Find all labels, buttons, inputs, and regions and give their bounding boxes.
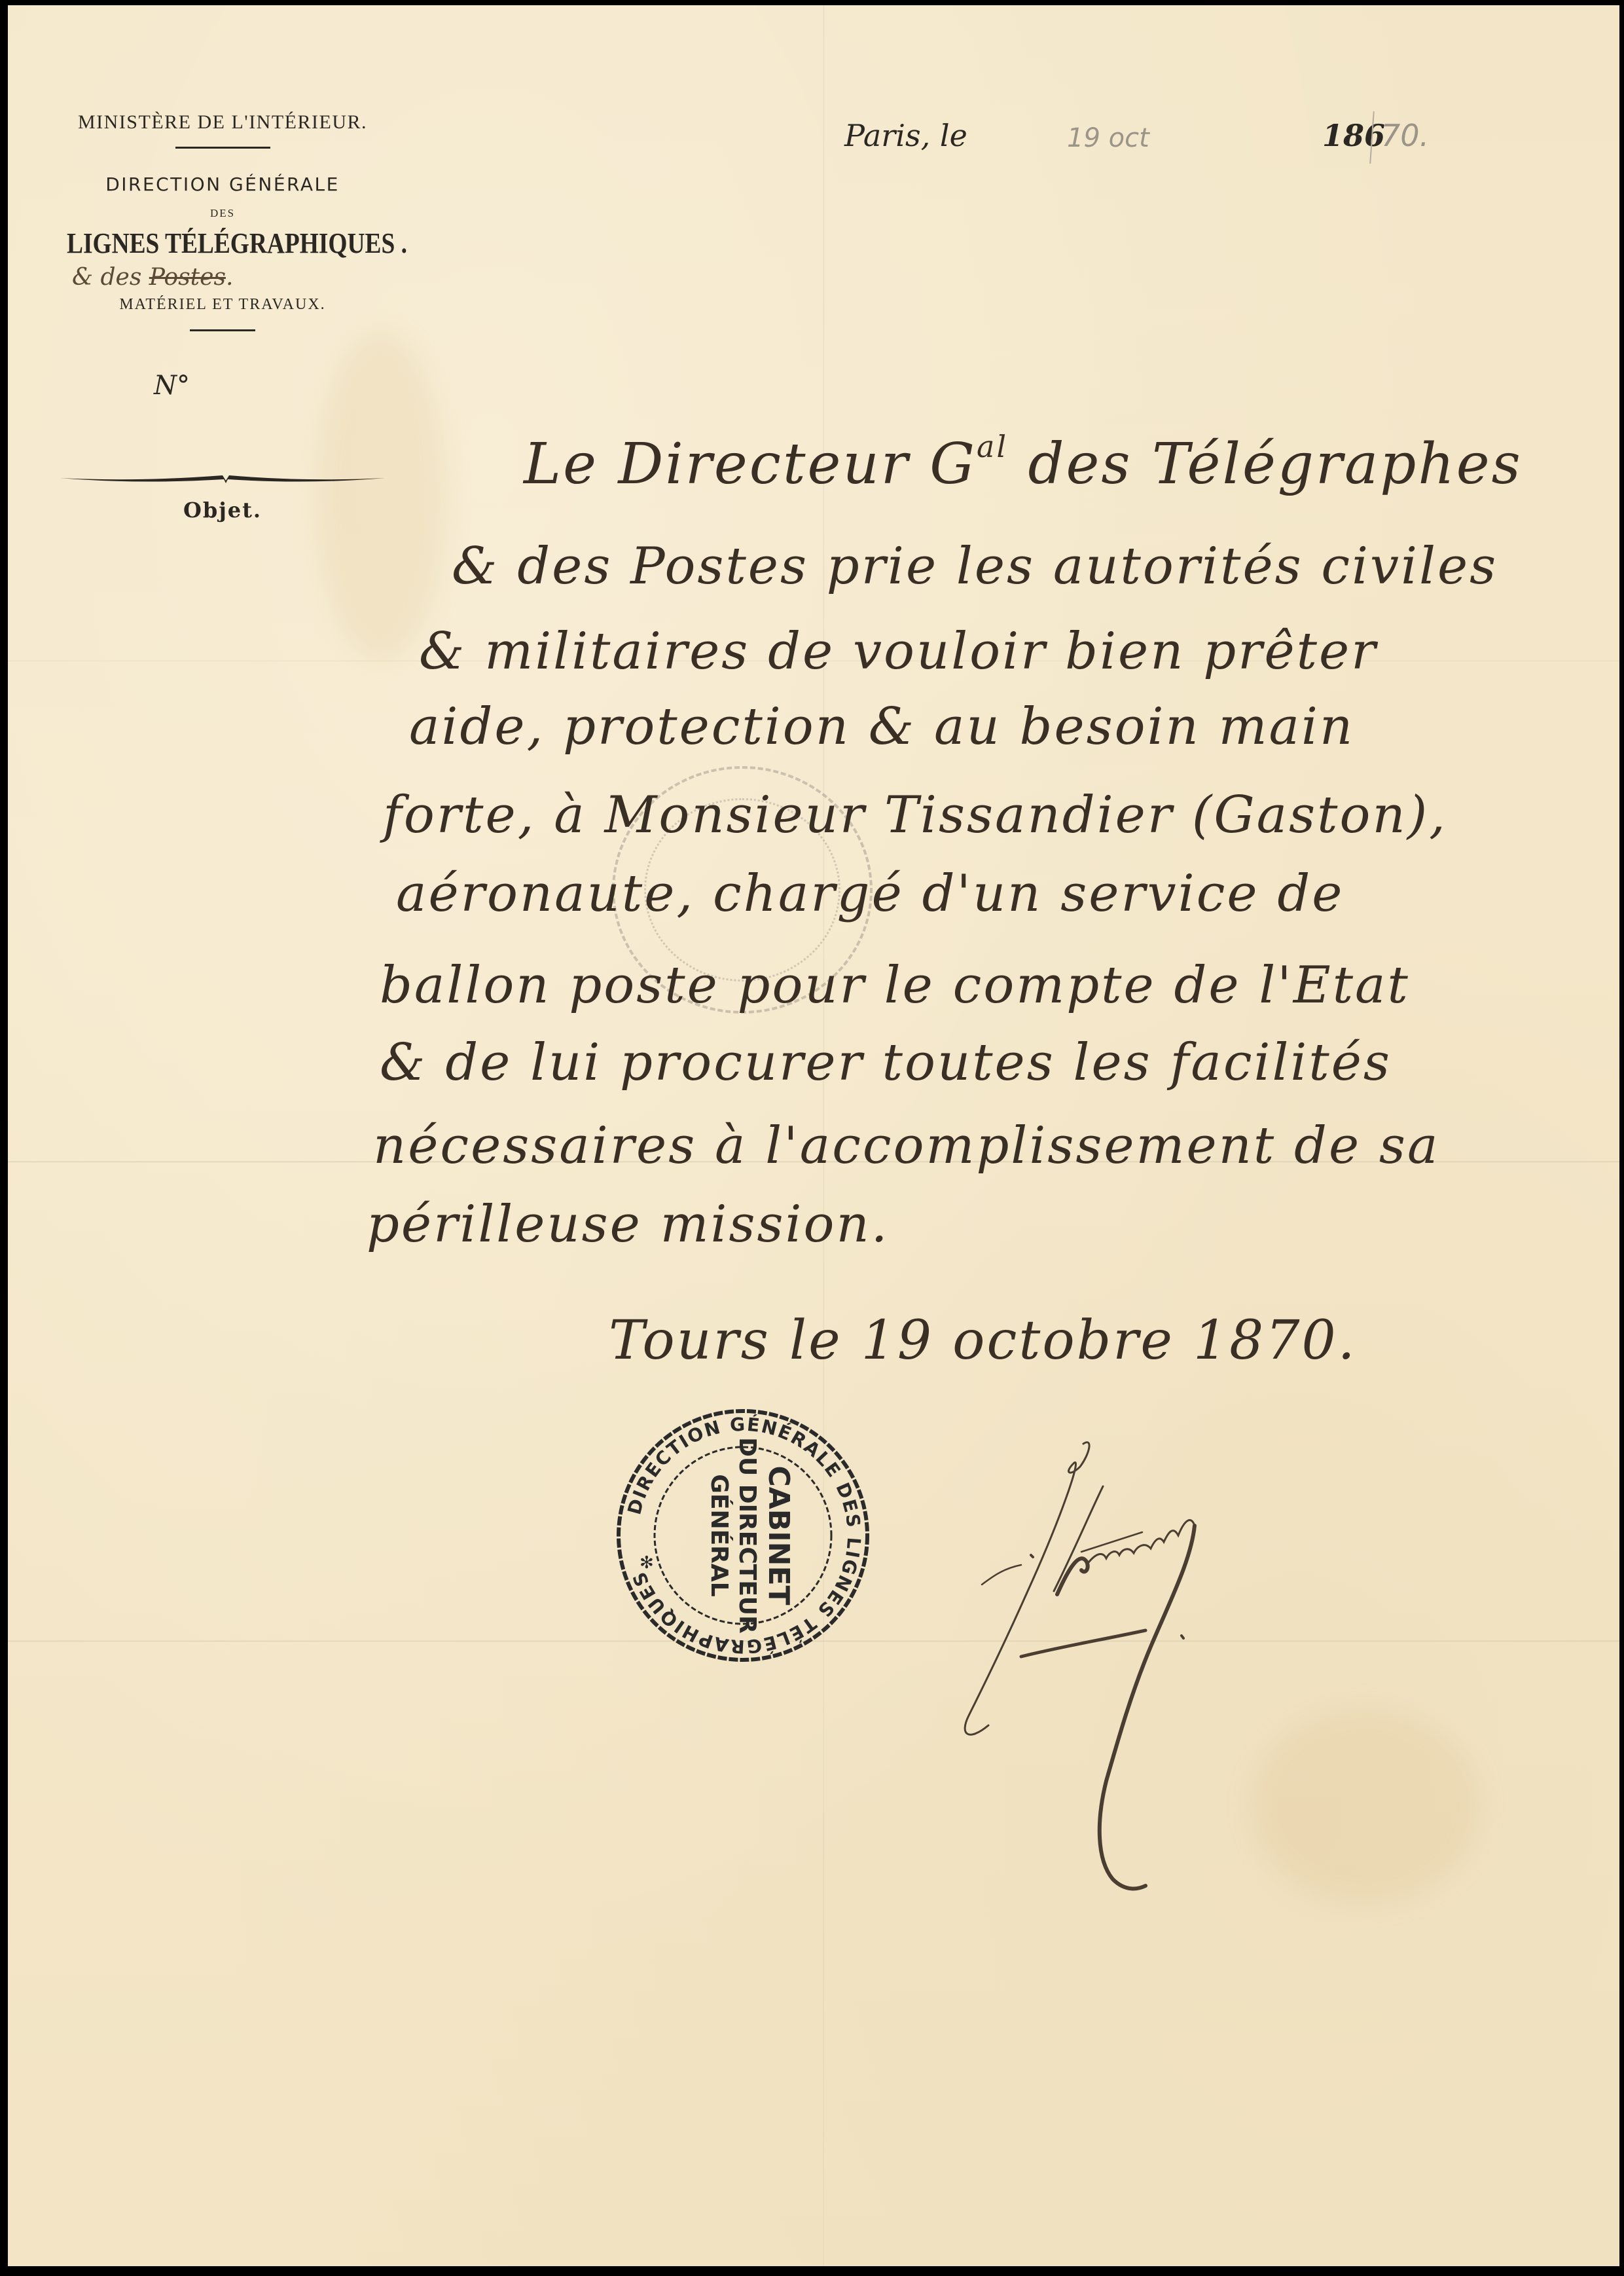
official-stamp: DIRECTION GÉNÉRALE DES LIGNES TÉLÉGRAPHI… <box>612 1404 874 1666</box>
dateline-year-printed: 186 <box>1322 118 1385 153</box>
body-text: des Télégraphes <box>1008 431 1523 497</box>
dateline-place: Paris, le <box>844 118 967 153</box>
divider <box>190 329 255 331</box>
body-line-3: & militaires de vouloir bien prêter <box>419 622 1377 681</box>
paper-stain <box>1252 1708 1481 1904</box>
body-text: Le Directeur G <box>524 431 977 497</box>
body-line-2: & des Postes prie les autorités civiles <box>452 537 1498 596</box>
dateline-date: 19 oct <box>1067 123 1149 153</box>
lignes-telegraphiques-heading: LIGNES TÉLÉGRAPHIQUES . <box>67 227 378 260</box>
body-line-10: périlleuse mission. <box>367 1195 890 1254</box>
postes-suffix: . <box>226 264 233 291</box>
letterhead: MINISTÈRE DE L'INTÉRIEUR. DIRECTION GÉNÉ… <box>39 111 406 523</box>
stamp-center-line-1: CABINET <box>762 1465 795 1605</box>
signature <box>929 1427 1270 1925</box>
superscript: al <box>977 429 1008 464</box>
number-label: N° <box>154 371 406 401</box>
stamp-center-line-2: DU DIRECTEUR <box>734 1437 761 1634</box>
body-line-7: ballon poste pour le compte de l'Etat <box>380 956 1410 1015</box>
direction-heading: DIRECTION GÉNÉRALE <box>39 174 406 195</box>
department-heading: MATÉRIEL ET TRAVAUX. <box>39 296 406 314</box>
divider <box>175 147 270 149</box>
body-line-6: aéronaute, chargé d'un service de <box>396 864 1344 923</box>
object-label: Objet. <box>39 498 406 523</box>
body-line-5: forte, à Monsieur Tissandier (Gaston), <box>383 786 1447 845</box>
body-line-4: aide, protection & au besoin main <box>409 697 1354 756</box>
stamp-star-icon: ✻ <box>640 1553 654 1573</box>
handwritten-postes-addition: & des Postes. <box>72 264 406 291</box>
body-line-1: Le Directeur Gal des Télégraphes <box>524 429 1523 497</box>
ministry-heading: MINISTÈRE DE L'INTÉRIEUR. <box>39 111 406 134</box>
ornamental-rule-icon <box>59 473 386 486</box>
body-line-9: nécessaires à l'accomplissement de sa <box>373 1116 1439 1175</box>
body-line-8: & de lui procurer toutes les facilités <box>380 1033 1392 1092</box>
postes-prefix: & des <box>72 264 141 291</box>
dateline: Paris, le 19 oct 186 70. <box>844 118 1473 164</box>
stamp-center-line-3: GÉNÉRAL <box>706 1474 733 1596</box>
dateline-year-handwritten: 70. <box>1381 118 1429 153</box>
closing-date: Tours le 19 octobre 1870. <box>609 1310 1357 1372</box>
postes-struck-word: Postes <box>149 264 226 291</box>
signature-name: F. Steenackers <box>1100 1513 1104 1513</box>
des-heading: DES <box>39 207 406 220</box>
